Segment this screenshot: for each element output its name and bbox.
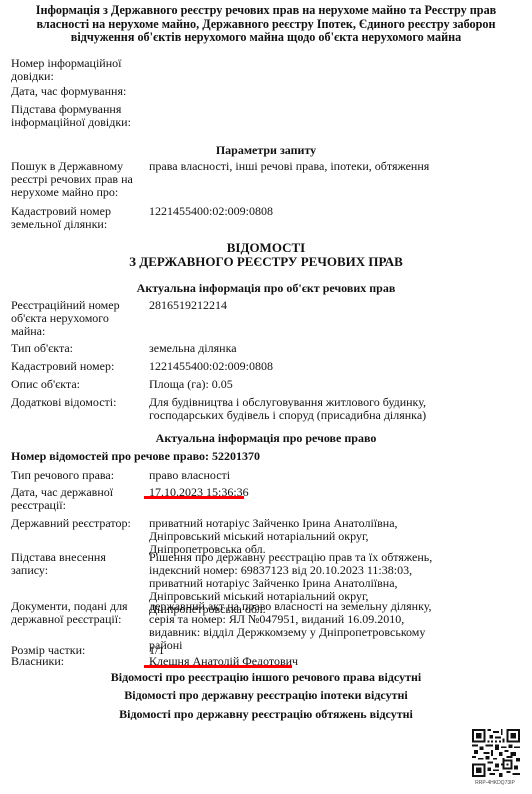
title-line: Інформація з Державного реєстру речових … — [20, 4, 512, 18]
field-label: Державний реєстратор: — [11, 517, 146, 530]
qr-caption: RRP-4HKDQ73IP — [462, 780, 528, 786]
field-label: Тип речового права: — [11, 469, 146, 482]
right-record-number: Номер відомостей про речове право: 52201… — [11, 450, 260, 463]
document-page: Інформація з Державного реєстру речових … — [0, 0, 532, 794]
field-value: права власності, інші речові права, іпот… — [149, 160, 519, 173]
field-label: Підстава формування інформаційної довідк… — [11, 103, 136, 129]
absence-note-encumbrances: Відомості про державну реєстрацію обтяже… — [0, 708, 532, 721]
field-label: Додаткові відомості: — [11, 396, 146, 409]
highlight-underline-date — [144, 496, 244, 499]
field-label: Власники: — [11, 655, 146, 668]
title-line: власності на нерухоме майно, Державного … — [20, 18, 512, 32]
field-value: 2816519212214 — [149, 299, 519, 312]
absence-note-other-rights: Відомості про реєстрацію іншого речового… — [0, 671, 532, 684]
object-info-heading: Актуальна інформація про об'єкт речових … — [0, 282, 532, 295]
registry-heading: ВІДОМОСТІ З ДЕРЖАВНОГО РЕЄСТРУ РЕЧОВИХ П… — [0, 241, 532, 268]
field-label: Реєстраційний номер об'єкта нерухомого м… — [11, 299, 129, 338]
field-value: право власності — [149, 469, 519, 482]
field-label: Кадастровий номер земельної ділянки: — [11, 205, 136, 231]
field-value: 1221455400:02:009:0808 — [149, 205, 519, 218]
field-label: Пошук в Державному реєстрі речових прав … — [11, 160, 136, 199]
field-value: Площа (га): 0.05 — [149, 378, 519, 391]
qr-code-icon — [472, 729, 520, 777]
field-value: Для будівництва і обслуговування житлово… — [149, 396, 449, 422]
field-label: Підстава внесення запису: — [11, 551, 131, 577]
registry-heading-line: З ДЕРЖАВНОГО РЕЄСТРУ РЕЧОВИХ ПРАВ — [0, 255, 532, 269]
field-label: Тип об'єкта: — [11, 342, 146, 355]
document-title: Інформація з Державного реєстру речових … — [20, 4, 512, 45]
field-label: Дата, час державної реєстрації: — [11, 486, 131, 512]
highlight-underline-owner — [144, 665, 292, 668]
title-line: відчуження об'єктів нерухомого майна щод… — [20, 31, 512, 45]
field-label: Дата, час формування: — [11, 85, 151, 98]
registry-heading-line: ВІДОМОСТІ — [0, 241, 532, 255]
right-info-heading: Актуальна інформація про речове право — [0, 432, 532, 445]
field-label: Опис об'єкта: — [11, 378, 146, 391]
absence-note-mortgage: Відомості про державну реєстрацію іпотек… — [0, 689, 532, 702]
field-label: Кадастровий номер: — [11, 360, 146, 373]
field-value: 1221455400:02:009:0808 — [149, 360, 519, 373]
query-params-heading: Параметри запиту — [0, 144, 532, 157]
field-label: Номер інформаційної довідки: — [11, 57, 136, 83]
field-label: Документи, подані для державної реєстрац… — [11, 600, 136, 626]
field-value: земельна ділянка — [149, 342, 519, 355]
